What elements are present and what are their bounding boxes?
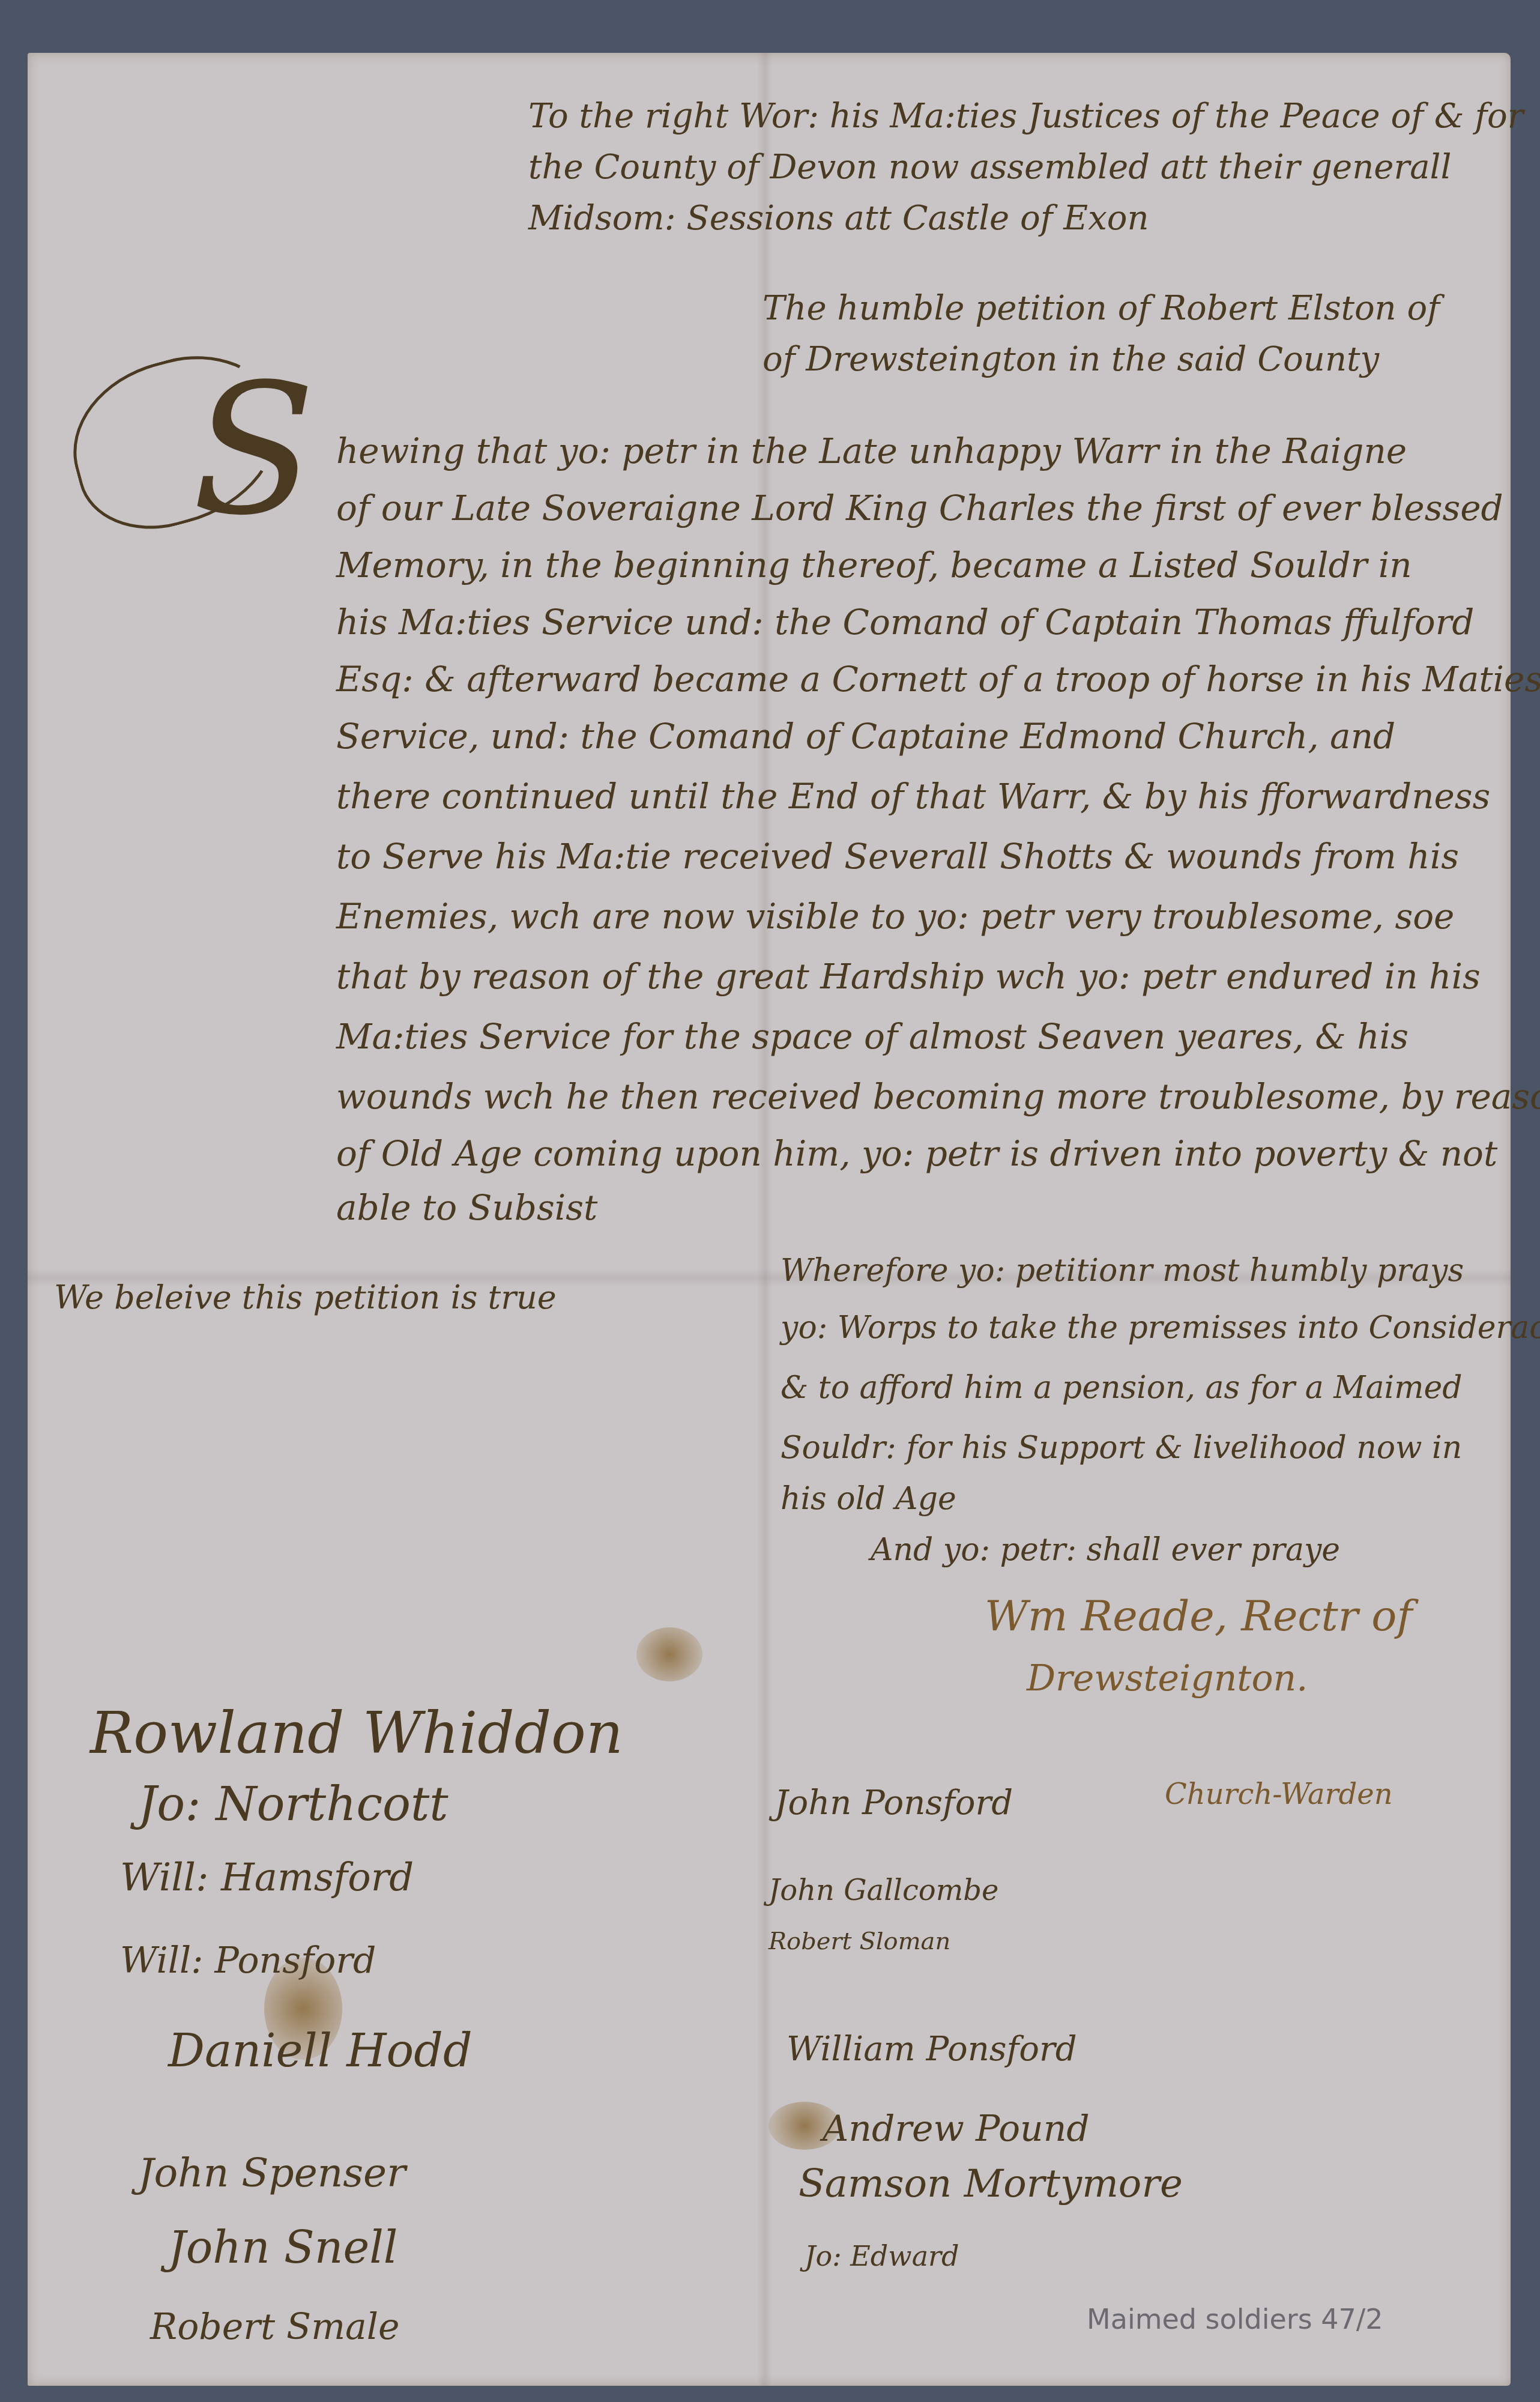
body-line: to Serve his Ma:tie received Severall Sh… — [336, 835, 1459, 878]
body-line: able to Subsist — [336, 1186, 597, 1229]
paper-stain — [636, 1627, 702, 1681]
body-line: Enemies, wch are now visible to yo: petr… — [336, 895, 1454, 938]
body-line: wounds wch he then received becoming mor… — [336, 1075, 1540, 1118]
signature: Robert Sloman — [768, 1928, 950, 1955]
signature: Samson Mortymore — [799, 2162, 1183, 2206]
body-line: of Old Age coming upon him, yo: petr is … — [336, 1132, 1497, 1175]
closing-line: And yo: petr: shall ever praye — [871, 1528, 1340, 1572]
prayer-line: yo: Worps to take the premisses into Con… — [781, 1306, 1540, 1349]
body-line: his Ma:ties Service und: the Comand of C… — [336, 600, 1474, 644]
body-line: Memory, in the beginning thereof, became… — [336, 543, 1412, 587]
petitioner-heading-1: The humble petition of Robert Elston of — [762, 282, 1440, 335]
signature-role: Church-Warden — [1165, 1777, 1393, 1811]
margin-note: We beleive this petition is true — [54, 1276, 557, 1319]
signature: Jo: Northcott — [138, 1777, 448, 1832]
rector-parish: Drewsteignton. — [1027, 1657, 1308, 1699]
address-line-3: Midsom: Sessions att Castle of Exon — [528, 192, 1149, 245]
signature: John Gallcombe — [768, 1874, 998, 1907]
signature: John Spenser — [138, 2150, 406, 2196]
body-line: hewing that yo: petr in the Late unhappy… — [336, 429, 1407, 473]
prayer-line: Souldr: for his Support & livelihood now… — [781, 1426, 1462, 1469]
signature: John Snell — [168, 2222, 398, 2273]
body-line: there continued until the End of that Wa… — [336, 775, 1490, 818]
body-line: of our Late Soveraigne Lord King Charles… — [336, 486, 1503, 530]
signature: Jo: Edward — [805, 2240, 959, 2272]
signature: Will: Hamsford — [120, 1856, 414, 1900]
body-line: Service, und: the Comand of Captaine Edm… — [336, 715, 1395, 758]
signature: Will: Ponsford — [120, 1940, 376, 1982]
address-line-2: the County of Devon now assembled att th… — [528, 141, 1451, 194]
signature: Andrew Pound — [823, 2108, 1090, 2150]
prayer-line: Wherefore yo: petitionr most humbly pray… — [781, 1249, 1464, 1292]
rector-signature: Wm Reade, Rectr of — [985, 1591, 1412, 1641]
signature: Daniell Hodd — [168, 2024, 473, 2077]
prayer-line: his old Age — [781, 1477, 956, 1520]
petitioner-heading-2: of Drewsteington in the said County — [762, 333, 1379, 386]
signature: Robert Smale — [150, 2306, 400, 2348]
signature: William Ponsford — [787, 2030, 1077, 2069]
drop-cap: S — [192, 360, 316, 540]
archive-reference: Maimed soldiers 47/2 — [1087, 2303, 1383, 2335]
body-line: that by reason of the great Hardship wch… — [336, 955, 1481, 998]
body-line: Esq: & afterward became a Cornett of a t… — [336, 658, 1540, 701]
prayer-line: & to afford him a pension, as for a Maim… — [781, 1366, 1463, 1409]
address-line-1: To the right Wor: his Ma:ties Justices o… — [528, 90, 1524, 143]
signature: John Ponsford — [775, 1783, 1013, 1823]
signature: Rowland Whiddon — [90, 1699, 623, 1767]
body-line: Ma:ties Service for the space of almost … — [336, 1015, 1409, 1058]
